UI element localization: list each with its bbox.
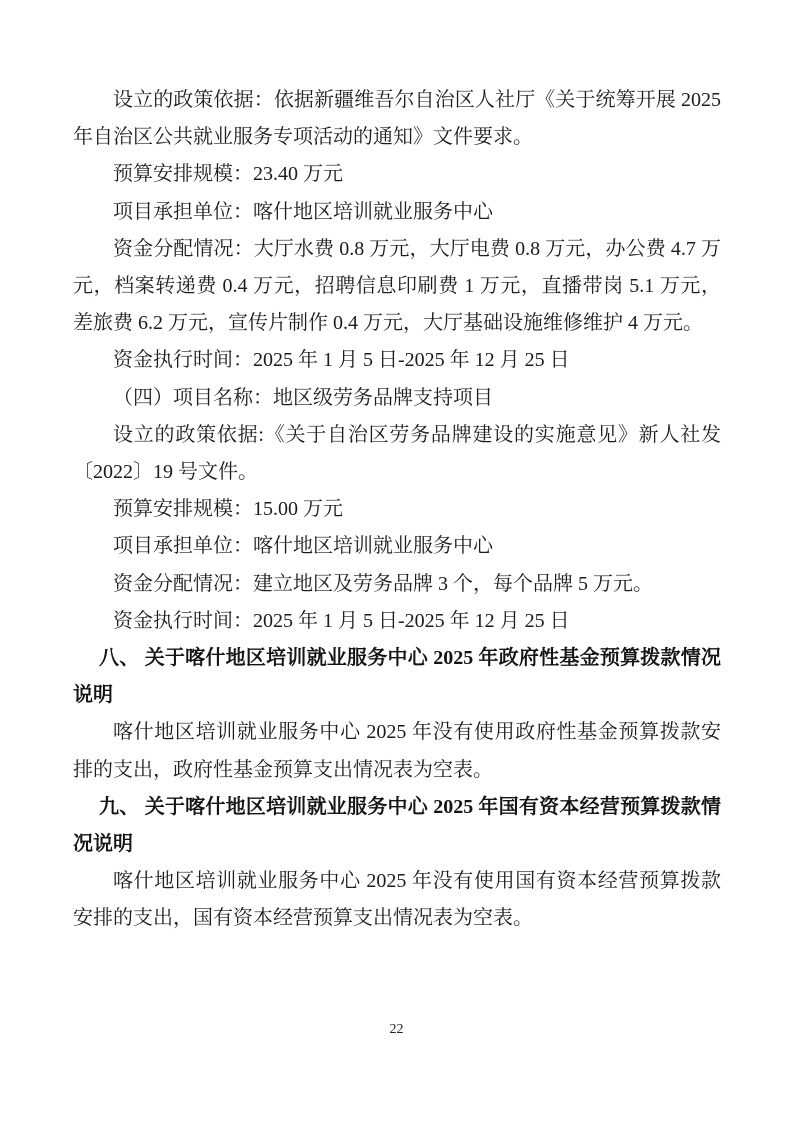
page-footer: 22	[0, 1020, 793, 1040]
paragraph-policy-basis-2: 设立的政策依据:《关于自治区劳务品牌建设的实施意见》新人社发〔2022〕19 号…	[73, 417, 721, 491]
paragraph-fund-allocation-2: 资金分配情况：建立地区及劳务品牌 3 个，每个品牌 5 万元。	[73, 566, 721, 603]
paragraph-execution-time-1: 资金执行时间：2025 年 1 月 5 日-2025 年 12 月 25 日	[73, 342, 721, 379]
paragraph-section-9-body: 喀什地区培训就业服务中心 2025 年没有使用国有资本经营预算拨款安排的支出，国…	[73, 863, 721, 937]
paragraph-fund-allocation-1: 资金分配情况：大厅水费 0.8 万元，大厅电费 0.8 万元，办公费 4.7 万…	[73, 231, 721, 343]
paragraph-undertaking-unit-1: 项目承担单位：喀什地区培训就业服务中心	[73, 194, 721, 231]
section-9-heading: 九、 关于喀什地区培训就业服务中心 2025 年国有资本经营预算拨款情况说明	[73, 789, 721, 863]
document-page: 设立的政策依据：依据新疆维吾尔自治区人社厅《关于统筹开展 2025 年自治区公共…	[0, 0, 793, 1122]
paragraph-budget-scale-1: 预算安排规模：23.40 万元	[73, 156, 721, 193]
paragraph-execution-time-2: 资金执行时间：2025 年 1 月 5 日-2025 年 12 月 25 日	[73, 603, 721, 640]
paragraph-section-8-body: 喀什地区培训就业服务中心 2025 年没有使用政府性基金预算拨款安排的支出，政府…	[73, 714, 721, 788]
document-body: 设立的政策依据：依据新疆维吾尔自治区人社厅《关于统筹开展 2025 年自治区公共…	[73, 82, 721, 938]
paragraph-budget-scale-2: 预算安排规模：15.00 万元	[73, 491, 721, 528]
paragraph-project-name-4: （四）项目名称：地区级劳务品牌支持项目	[73, 380, 721, 417]
paragraph-undertaking-unit-2: 项目承担单位：喀什地区培训就业服务中心	[73, 528, 721, 565]
page-number: 22	[390, 1022, 404, 1037]
section-8-heading: 八、 关于喀什地区培训就业服务中心 2025 年政府性基金预算拨款情况说明	[73, 640, 721, 714]
paragraph-policy-basis-1: 设立的政策依据：依据新疆维吾尔自治区人社厅《关于统筹开展 2025 年自治区公共…	[73, 82, 721, 156]
